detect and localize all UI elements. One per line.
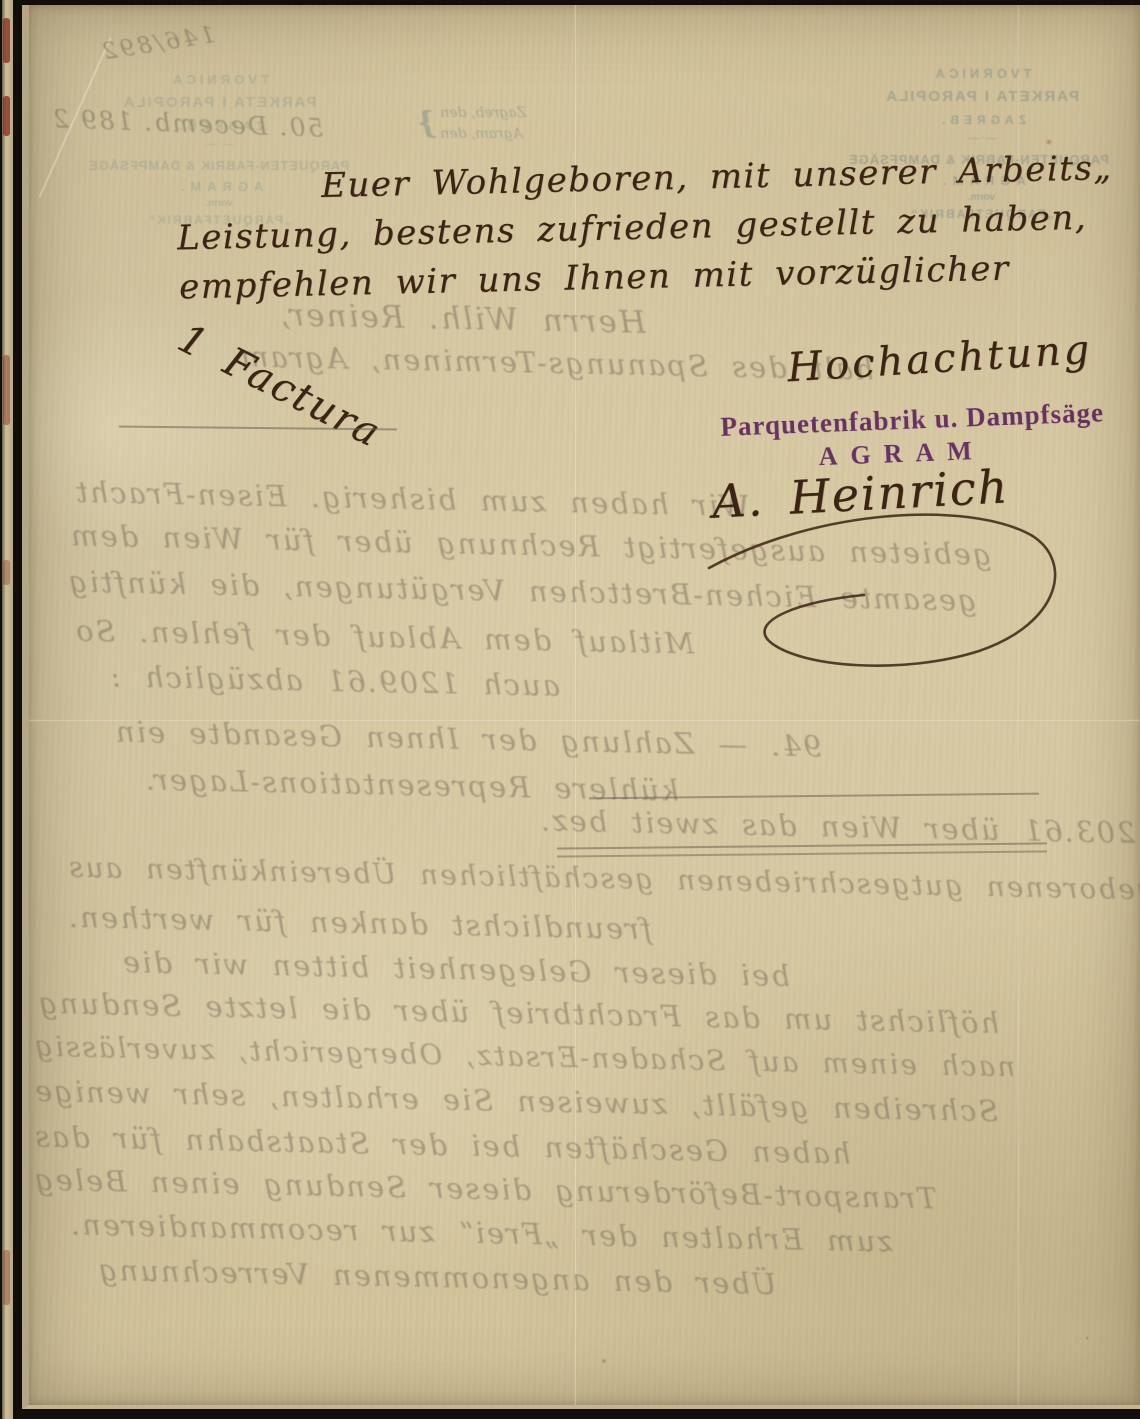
letter-page: TVORNICA PARKETA I PAROPILA ZAGREB. —·— … [22,5,1140,1409]
letterhead-ornament: —·— [854,134,1109,144]
letterhead-bleed-left: TVORNICA PARKETA I PAROPILA ZAGREB. —·— … [89,73,349,226]
bleed-line: Wir haben zum bisherig. Eisen-Fracht [74,475,750,523]
letterhead-line: vorm. [89,199,349,209]
bleed-line: halt des Spanungs-Terminen, Agram [239,339,874,386]
red-edge-mark [3,355,10,425]
letterhead-line: TVORNICA [854,67,1109,80]
letterhead-line: PARQUETEN-FABRIK & DAMPFSÄGE [89,159,349,172]
bleed-line: haben Geschäften bei der Staatsbahn für … [33,1119,851,1170]
bleed-line: Transport-Beförderung dieser Sendung ein… [33,1163,937,1216]
bleed-line: nach einem auf Schaden-Ersatz, Obergeric… [33,1030,1016,1084]
date-line: Agram, den [440,124,582,145]
bleed-line: Mitlauf dem Ablauf der fehlen. So [74,614,695,661]
scan-background: TVORNICA PARKETA I PAROPILA ZAGREB. —·— … [0,0,1140,1419]
bleed-line: auch 1209.61 abzüglich : [109,659,561,702]
bleed-double-rule [557,842,1047,857]
date-line: Zagreb, den [440,103,582,124]
red-edge-mark [3,96,10,136]
bleed-line: Schreiben gefällt, zuweisen Sie erhalten… [33,1074,999,1128]
letterhead-line: PARKETA I PAROPILA [854,89,1109,104]
book-edge [2,0,13,1419]
red-edge-mark [3,560,10,585]
letterhead-line: AGRAM. [89,180,349,193]
letter-line-3: empfehlen wir uns Ihnen mit vorzüglicher [179,249,1010,308]
letterhead-line: ZAGREB. [854,114,1109,126]
date-brace: } [417,101,436,146]
bleed-line: zum Erhalten der „Frei“ zur recommandier… [69,1207,893,1258]
enclosure-note: 1 Factura [171,315,389,456]
letterhead-line: TVORNICA [89,73,349,86]
bleed-line: Über den angenommenen Verrechnung [97,1253,777,1301]
closing-hochachtung: Hochachtung [786,327,1094,392]
bleed-line: bei dieser Gelegenheit bitten wir die [121,945,790,993]
signature-flourish [679,473,1099,683]
bleed-line: freundlichst danken für werthen. [67,900,652,946]
red-edge-mark [3,1250,10,1305]
bleed-line: geborenen gutgeschriebenen geschäftliche… [67,851,1140,907]
registry-note-bleed: 146/892 [98,22,217,66]
date-block-bleed: Zagreb, den Agram, den } [417,101,582,146]
bleed-line: kühlere Representations-Lager. [144,762,679,807]
red-edge-mark [3,18,10,63]
